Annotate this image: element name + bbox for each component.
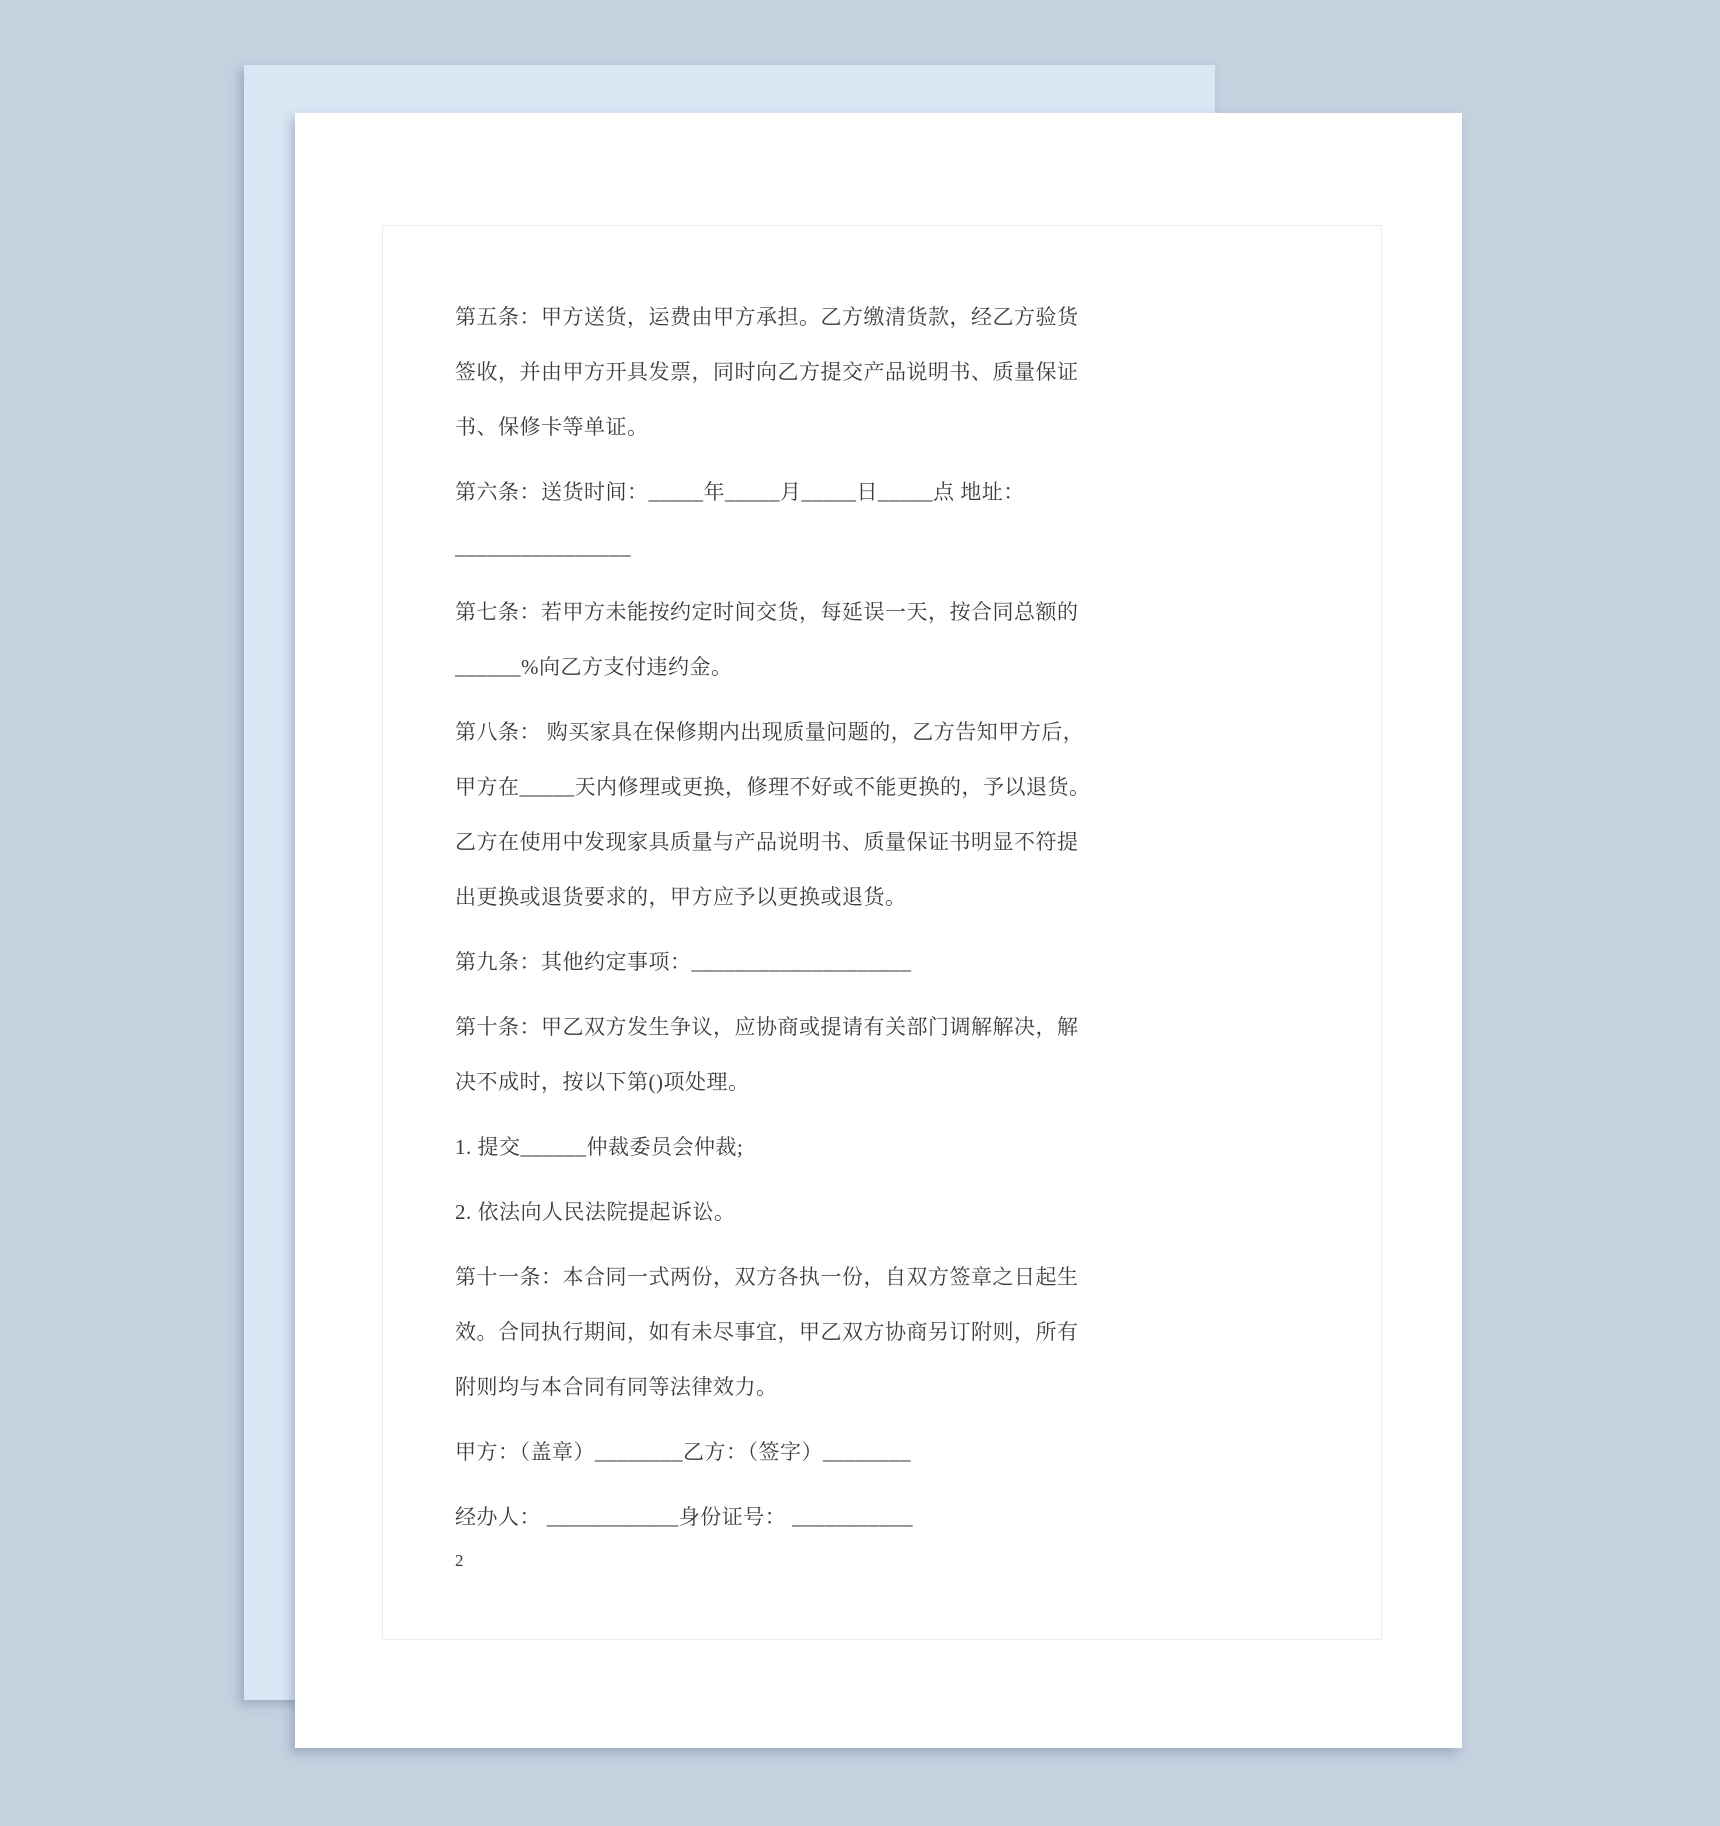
text-line: 第十一条：本合同一式两份，双方各执一份，自双方签章之日起生: [455, 1250, 1095, 1305]
text-line: 出更换或退货要求的，甲方应予以更换或退货。: [455, 870, 1095, 925]
article-11: 第十一条：本合同一式两份，双方各执一份，自双方签章之日起生效。合同执行期间，如有…: [455, 1250, 1095, 1415]
text-line: ________________: [455, 520, 1095, 575]
article-7: 第七条：若甲方未能按约定时间交货，每延误一天，按合同总额的______%向乙方支…: [455, 585, 1095, 695]
document-preview-background: 第五条：甲方送货，运费由甲方承担。乙方缴清货款，经乙方验货签收，并由甲方开具发票…: [0, 0, 1720, 1826]
text-line: 第九条：其他约定事项：____________________: [455, 935, 1095, 990]
text-line: 第六条：送货时间：_____年_____月_____日_____点 地址：: [455, 465, 1095, 520]
text-line: 2. 依法向人民法院提起诉讼。: [455, 1185, 1095, 1240]
text-line: 乙方在使用中发现家具质量与产品说明书、质量保证书明显不符提: [455, 815, 1095, 870]
contract-body: 第五条：甲方送货，运费由甲方承担。乙方缴清货款，经乙方验货签收，并由甲方开具发票…: [455, 290, 1095, 1555]
text-line: 附则均与本合同有同等法律效力。: [455, 1360, 1095, 1415]
text-line: 第十条：甲乙双方发生争议，应协商或提请有关部门调解解决，解: [455, 1000, 1095, 1055]
dispute-option-2: 2. 依法向人民法院提起诉讼。: [455, 1185, 1095, 1240]
text-line: 甲方在_____天内修理或更换，修理不好或不能更换的，予以退货。: [455, 760, 1095, 815]
dispute-option-1: 1. 提交______仲裁委员会仲裁;: [455, 1120, 1095, 1175]
article-6: 第六条：送货时间：_____年_____月_____日_____点 地址：___…: [455, 465, 1095, 575]
text-line: 效。合同执行期间，如有未尽事宜，甲乙双方协商另订附则，所有: [455, 1305, 1095, 1360]
text-line: 甲方：（盖章）________乙方：（签字）________: [455, 1425, 1095, 1480]
text-line: 书、保修卡等单证。: [455, 400, 1095, 455]
text-line: 1. 提交______仲裁委员会仲裁;: [455, 1120, 1095, 1175]
page-number: 2: [455, 1551, 464, 1571]
text-line: 签收，并由甲方开具发票，同时向乙方提交产品说明书、质量保证: [455, 345, 1095, 400]
signature-party-line: 甲方：（盖章）________乙方：（签字）________: [455, 1425, 1095, 1480]
article-5: 第五条：甲方送货，运费由甲方承担。乙方缴清货款，经乙方验货签收，并由甲方开具发票…: [455, 290, 1095, 455]
text-line: 决不成时，按以下第()项处理。: [455, 1055, 1095, 1110]
text-line: 第七条：若甲方未能按约定时间交货，每延误一天，按合同总额的: [455, 585, 1095, 640]
article-10: 第十条：甲乙双方发生争议，应协商或提请有关部门调解解决，解决不成时，按以下第()…: [455, 1000, 1095, 1110]
article-9: 第九条：其他约定事项：____________________: [455, 935, 1095, 990]
text-line: ______%向乙方支付违约金。: [455, 640, 1095, 695]
text-line: 第五条：甲方送货，运费由甲方承担。乙方缴清货款，经乙方验货: [455, 290, 1095, 345]
text-line: 第八条： 购买家具在保修期内出现质量问题的，乙方告知甲方后，: [455, 705, 1095, 760]
text-line: 经办人： ____________身份证号： ___________: [455, 1490, 1095, 1545]
article-8: 第八条： 购买家具在保修期内出现质量问题的，乙方告知甲方后，甲方在_____天内…: [455, 705, 1095, 925]
document-page: 第五条：甲方送货，运费由甲方承担。乙方缴清货款，经乙方验货签收，并由甲方开具发票…: [295, 113, 1462, 1748]
signature-agent-line: 经办人： ____________身份证号： ___________: [455, 1490, 1095, 1545]
